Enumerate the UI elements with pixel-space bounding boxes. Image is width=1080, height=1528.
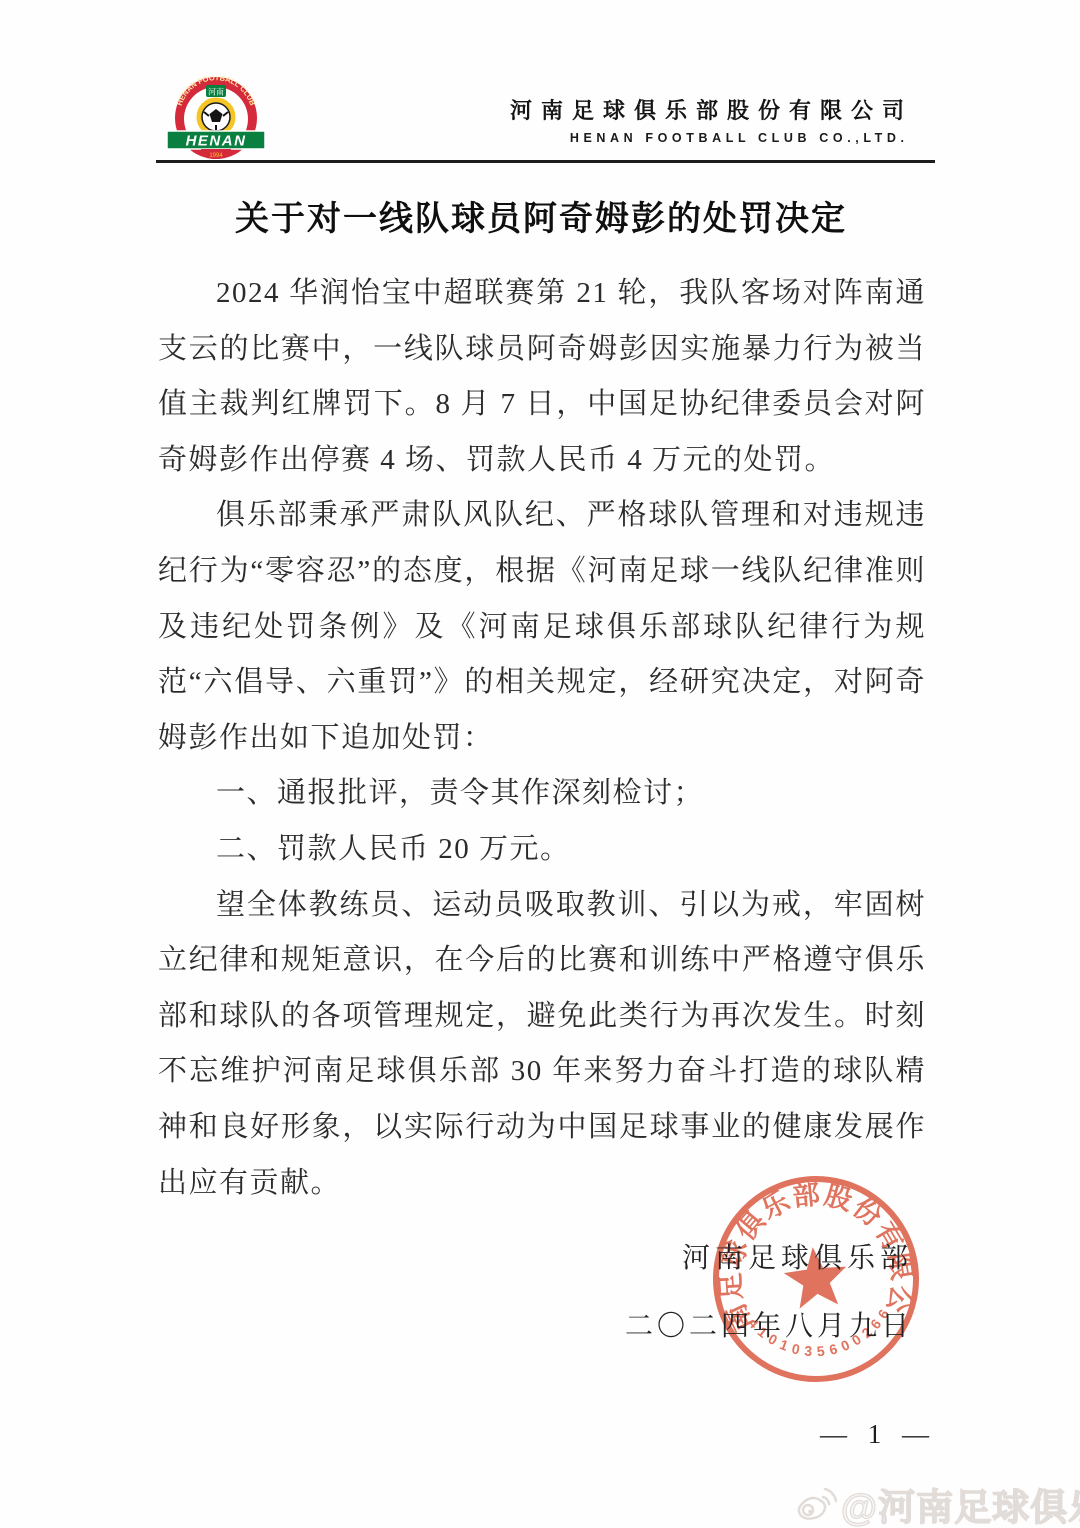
penalty-item-2: 二、罚款人民币 20 万元。 <box>158 822 926 878</box>
header-rule <box>156 160 935 163</box>
document-body: 2024 华润怡宝中超联赛第 21 轮，我队客场对阵南通支云的比赛中，一线队球员… <box>158 266 926 1211</box>
logo-year: 1994 <box>209 153 223 159</box>
weibo-icon <box>791 1484 837 1524</box>
company-name-cn: 河南足球俱乐部股份有限公司 <box>510 94 913 125</box>
paragraph-1: 2024 华润怡宝中超联赛第 21 轮，我队客场对阵南通支云的比赛中，一线队球员… <box>158 266 926 488</box>
signature-block: 河南足球俱乐部 二〇二四年八月九日 <box>625 1236 913 1344</box>
penalty-item-1: 一、通报批评，责令其作深刻检讨； <box>158 766 926 822</box>
document-title: 关于对一线队球员阿奇姆彭的处罚决定 <box>158 191 924 240</box>
paragraph-3: 望全体教练员、运动员吸取教训、引以为戒，牢固树立纪律和规矩意识，在今后的比赛和训… <box>158 878 926 1212</box>
page-number: — 1 — <box>820 1419 936 1450</box>
signature-date: 二〇二四年八月九日 <box>625 1304 913 1344</box>
weibo-watermark: @河南足球俱乐部 <box>791 1477 1080 1528</box>
logo-banner-text: HENAN <box>186 133 247 150</box>
paragraph-2: 俱乐部秉承严肃队风队纪、严格球队管理和对违规违纪行为“零容忍”的态度，根据《河南… <box>158 488 926 766</box>
henan-fc-logo: HENAN FOOTBALL CLUB 河南 HENAN 1994 <box>161 76 271 172</box>
logo-region-tab: 河南 <box>208 87 224 97</box>
watermark-handle: @河南足球俱乐部 <box>841 1477 1080 1528</box>
company-name-block: 河南足球俱乐部股份有限公司 HENAN FOOTBALL CLUB CO.,LT… <box>510 94 904 145</box>
signature-name: 河南足球俱乐部 <box>625 1236 913 1276</box>
document-page: HENAN FOOTBALL CLUB 河南 HENAN 1994 河南足球俱乐… <box>0 0 1080 1528</box>
company-name-en: HENAN FOOTBALL CLUB CO.,LTD. <box>510 131 909 145</box>
